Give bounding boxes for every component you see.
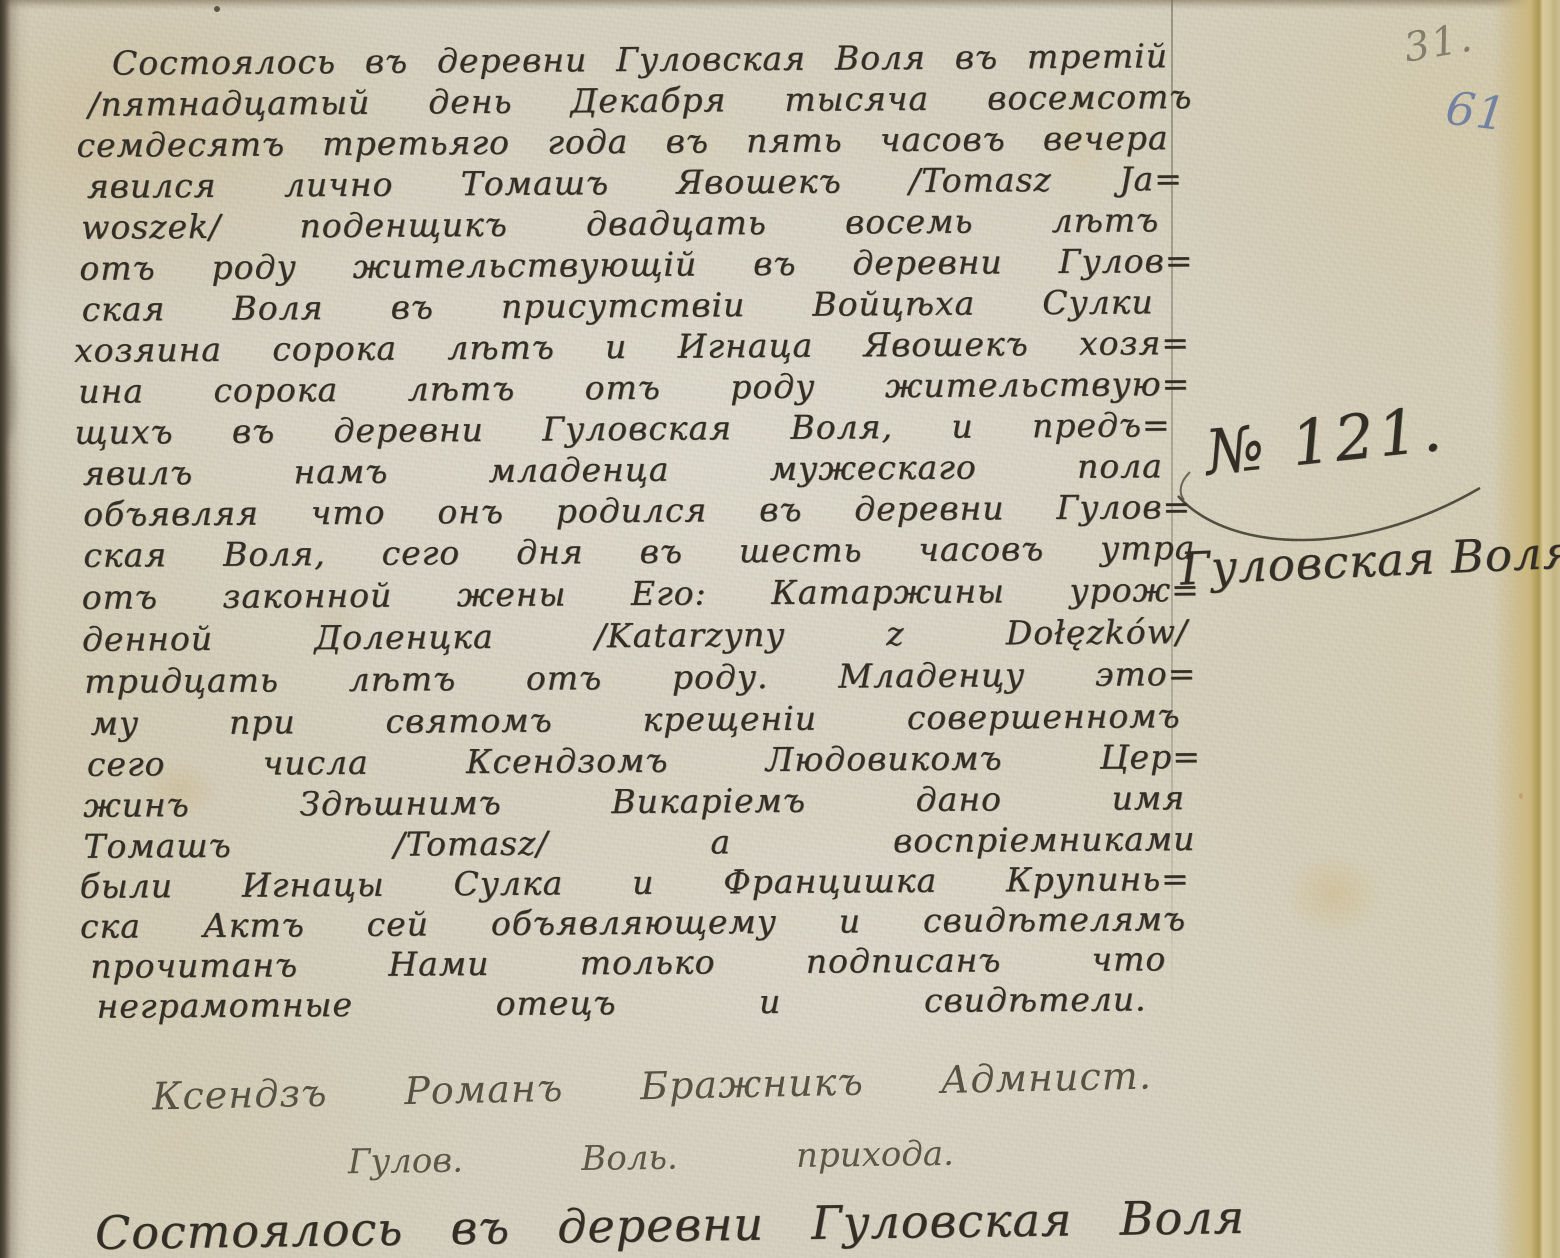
text-line: неграмотные отецъ и свидѣтели.	[96, 979, 1146, 1026]
text-line: семдесятъ третьяго года въ пять часовъ в…	[76, 118, 1168, 166]
text-line: woszek/ поденщикъ двадцать восемь лѣтъ	[81, 200, 1159, 248]
next-entry-opening: Состоялось въ деревни Гуловская Воля	[95, 1190, 1246, 1258]
text-line: хозяина сорока лѣтъ и Игнаца Явошекъ хоз…	[74, 323, 1190, 371]
text-line: явился лично Томашъ Явошекъ /Tomasz Ja=	[87, 159, 1183, 207]
text-line: объявляя что онъ родился въ деревни Гуло…	[83, 487, 1191, 535]
text-line: Состоялось въ деревни Гуловская Воля въ …	[112, 36, 1168, 83]
text-line: явилъ намъ младенца мужескаго пола	[83, 446, 1163, 494]
record-text-block: Состоялось въ деревни Гуловская Воля въ …	[0, 0, 1560, 1100]
text-line: ина сорока лѣтъ отъ роду жительствую=	[78, 364, 1190, 412]
text-line: тридцать лѣтъ отъ роду. Младенцу это=	[84, 654, 1196, 702]
text-line: денной Доленцка /Katarzyny z Dołęzków/	[82, 612, 1188, 660]
manuscript-page: 31. 61 № 121. Гуловская Воля Состоялось …	[0, 0, 1560, 1258]
text-line: сего числа Ксендзомъ Людовикомъ Цер=	[87, 737, 1201, 785]
text-line: отъ законной жены Его: Катаржины урож=	[82, 570, 1200, 618]
text-line: ская Воля въ присутствіи Войцѣха Сулки	[82, 282, 1154, 329]
parish-designation: Гулов. Воль. прихода.	[348, 1134, 954, 1182]
text-line: му при святомъ крещеніи совершенномъ	[90, 696, 1180, 744]
text-line: ская Воля, сего дня въ шесть часовъ утра	[83, 528, 1195, 576]
text-line: жинъ Здѣшнимъ Викаріемъ дано имя	[83, 778, 1185, 826]
text-line: отъ роду жительствующій въ деревни Гулов…	[79, 241, 1193, 289]
text-line: /пятнадцатый день Декабря тысяча восемсо…	[88, 77, 1192, 125]
text-line: щихъ въ деревни Гуловская Воля, и предъ=	[74, 405, 1170, 453]
